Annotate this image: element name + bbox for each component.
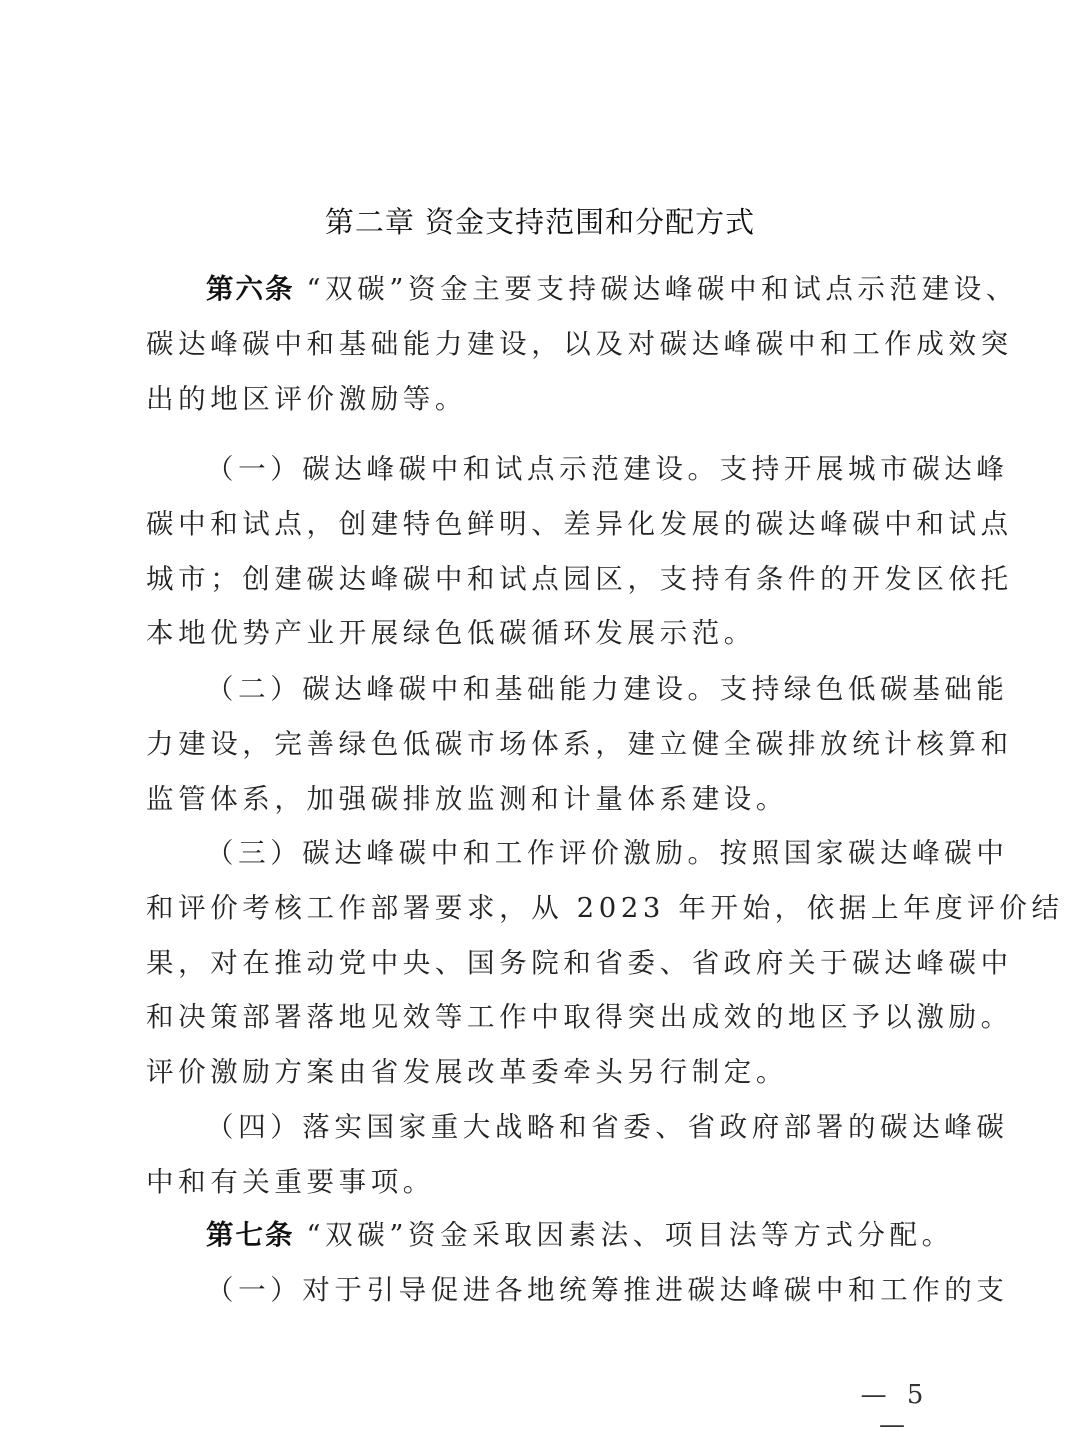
article-7-line-1: 第七条“双碳”资金采取因素法、项目法等方式分配。 [146,1208,946,1263]
chapter-title: 第二章 资金支持范围和分配方式 [0,200,1080,241]
item-1-line-2: 碳中和试点，创建特色鲜明、差异化发展的碳达峰碳中和试点 [146,497,946,552]
article-7-item-1-line-1: （一）对于引导促进各地统筹推进碳达峰碳中和工作的支 [146,1263,946,1318]
article-6-line-1: 第六条“双碳”资金主要支持碳达峰碳中和试点示范建设、 [146,262,946,317]
item-1-line-1: （一）碳达峰碳中和试点示范建设。支持开展城市碳达峰 [146,442,946,497]
item-3: （三）碳达峰碳中和工作评价激励。按照国家碳达峰碳中 和评价考核工作部署要求，从 … [146,826,946,1100]
item-2: （二）碳达峰碳中和基础能力建设。支持绿色低碳基础能 力建设，完善绿色低碳市场体系… [146,662,946,826]
article-6-line-3: 出的地区评价激励等。 [146,372,946,427]
item-4-line-1: （四）落实国家重大战略和省委、省政府部署的碳达峰碳 [146,1100,946,1155]
item-4: （四）落实国家重大战略和省委、省政府部署的碳达峰碳 中和有关重要事项。 [146,1100,946,1210]
item-3-line-3: 果，对在推动党中央、国务院和省委、省政府关于碳达峰碳中 [146,936,946,991]
item-3-line-2: 和评价考核工作部署要求，从 2023 年开始，依据上年度评价结 [146,881,946,936]
article-7-label: 第七条 [206,1219,295,1251]
item-3-line-4: 和决策部署落地见效等工作中取得突出成效的地区予以激励。 [146,990,946,1045]
article-6-line-2: 碳达峰碳中和基础能力建设，以及对碳达峰碳中和工作成效突 [146,317,946,372]
article-6-label: 第六条 [206,273,295,305]
item-1: （一）碳达峰碳中和试点示范建设。支持开展城市碳达峰 碳中和试点，创建特色鲜明、差… [146,442,946,661]
page-number: — 5 — [840,1380,950,1440]
item-4-line-2: 中和有关重要事项。 [146,1155,946,1210]
item-2-line-2: 力建设，完善绿色低碳市场体系，建立健全碳排放统计核算和 [146,717,946,772]
item-1-line-3: 城市；创建碳达峰碳中和试点园区，支持有条件的开发区依托 [146,552,946,607]
document-page: 第二章 资金支持范围和分配方式 第六条“双碳”资金主要支持碳达峰碳中和试点示范建… [0,0,1080,1441]
item-1-line-4: 本地优势产业开展绿色低碳循环发展示范。 [146,606,946,661]
item-3-line-5: 评价激励方案由省发展改革委牵头另行制定。 [146,1045,946,1100]
article-6: 第六条“双碳”资金主要支持碳达峰碳中和试点示范建设、 碳达峰碳中和基础能力建设，… [146,262,946,426]
item-2-line-3: 监管体系，加强碳排放监测和计量体系建设。 [146,772,946,827]
item-2-line-1: （二）碳达峰碳中和基础能力建设。支持绿色低碳基础能 [146,662,946,717]
item-3-line-1: （三）碳达峰碳中和工作评价激励。按照国家碳达峰碳中 [146,826,946,881]
article-7: 第七条“双碳”资金采取因素法、项目法等方式分配。 （一）对于引导促进各地统筹推进… [146,1208,946,1318]
